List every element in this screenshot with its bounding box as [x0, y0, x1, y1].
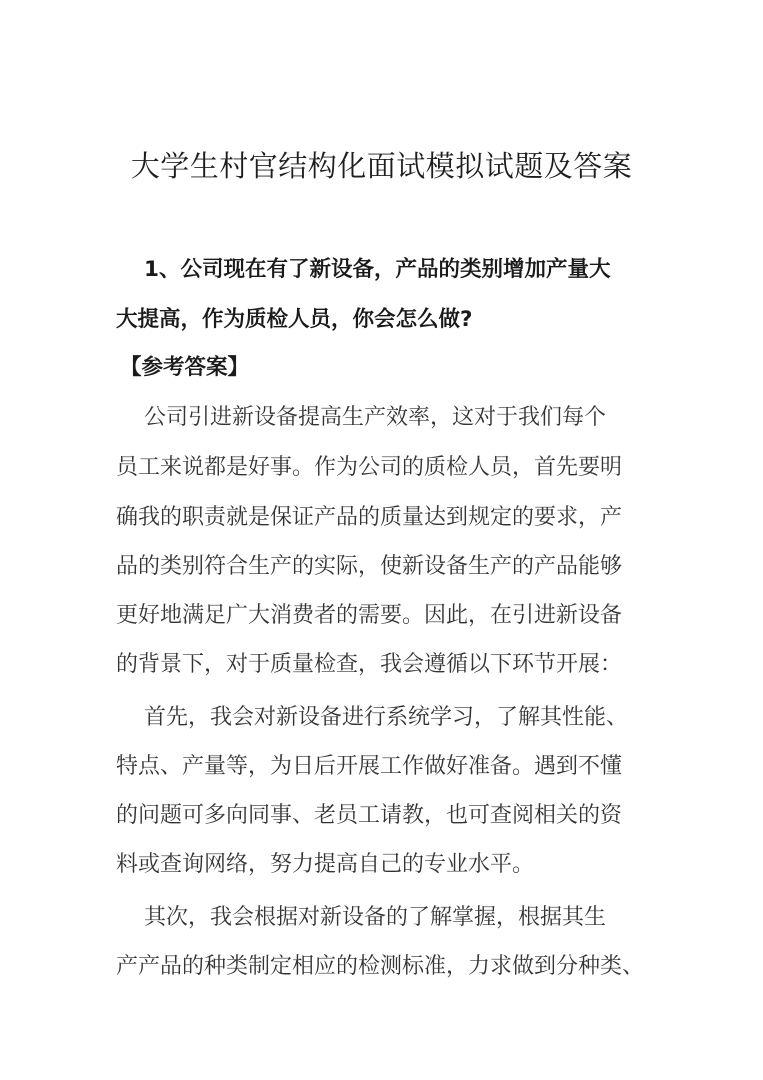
- answer-label: 【参考答案】: [120, 353, 249, 383]
- paragraph-2-line-4: 料或查询网络，努力提高自己的专业水平。: [116, 850, 534, 880]
- document-title: 大学生村官结构化面试模拟试题及答案: [0, 146, 763, 186]
- paragraph-1-line-5: 更好地满足广大消费者的需要。因此，在引进新设备: [116, 601, 622, 631]
- paragraph-2-line-2: 特点、产量等，为日后开展工作做好准备。遇到不懂: [116, 752, 622, 782]
- paragraph-1-line-1: 公司引进新设备提高生产效率，这对于我们每个: [144, 403, 606, 433]
- paragraph-2-line-3: 的问题可多向同事、老员工请教，也可查阅相关的资: [116, 801, 622, 831]
- paragraph-1-line-4: 品的类别符合生产的实际，使新设备生产的产品能够: [116, 552, 622, 582]
- question-line-2: 大提高，作为质检人员，你会怎么做?: [116, 305, 472, 335]
- paragraph-1-line-2: 员工来说都是好事。作为公司的质检人员，首先要明: [116, 453, 622, 483]
- question-line-1: 1、公司现在有了新设备，产品的类别增加产量大: [144, 255, 610, 285]
- paragraph-2-line-1: 首先，我会对新设备进行系统学习，了解其性能、: [144, 703, 628, 733]
- document-page: 大学生村官结构化面试模拟试题及答案 1、公司现在有了新设备，产品的类别增加产量大…: [0, 0, 763, 1080]
- paragraph-1-line-3: 确我的职责就是保证产品的质量达到规定的要求，产: [116, 503, 622, 533]
- paragraph-1-line-6: 的背景下，对于质量检查，我会遵循以下环节开展：: [116, 650, 622, 680]
- paragraph-3-line-1: 其次，我会根据对新设备的了解掌握，根据其生: [144, 903, 606, 933]
- paragraph-3-line-2: 产产品的种类制定相应的检测标准，力求做到分种类、: [116, 952, 644, 982]
